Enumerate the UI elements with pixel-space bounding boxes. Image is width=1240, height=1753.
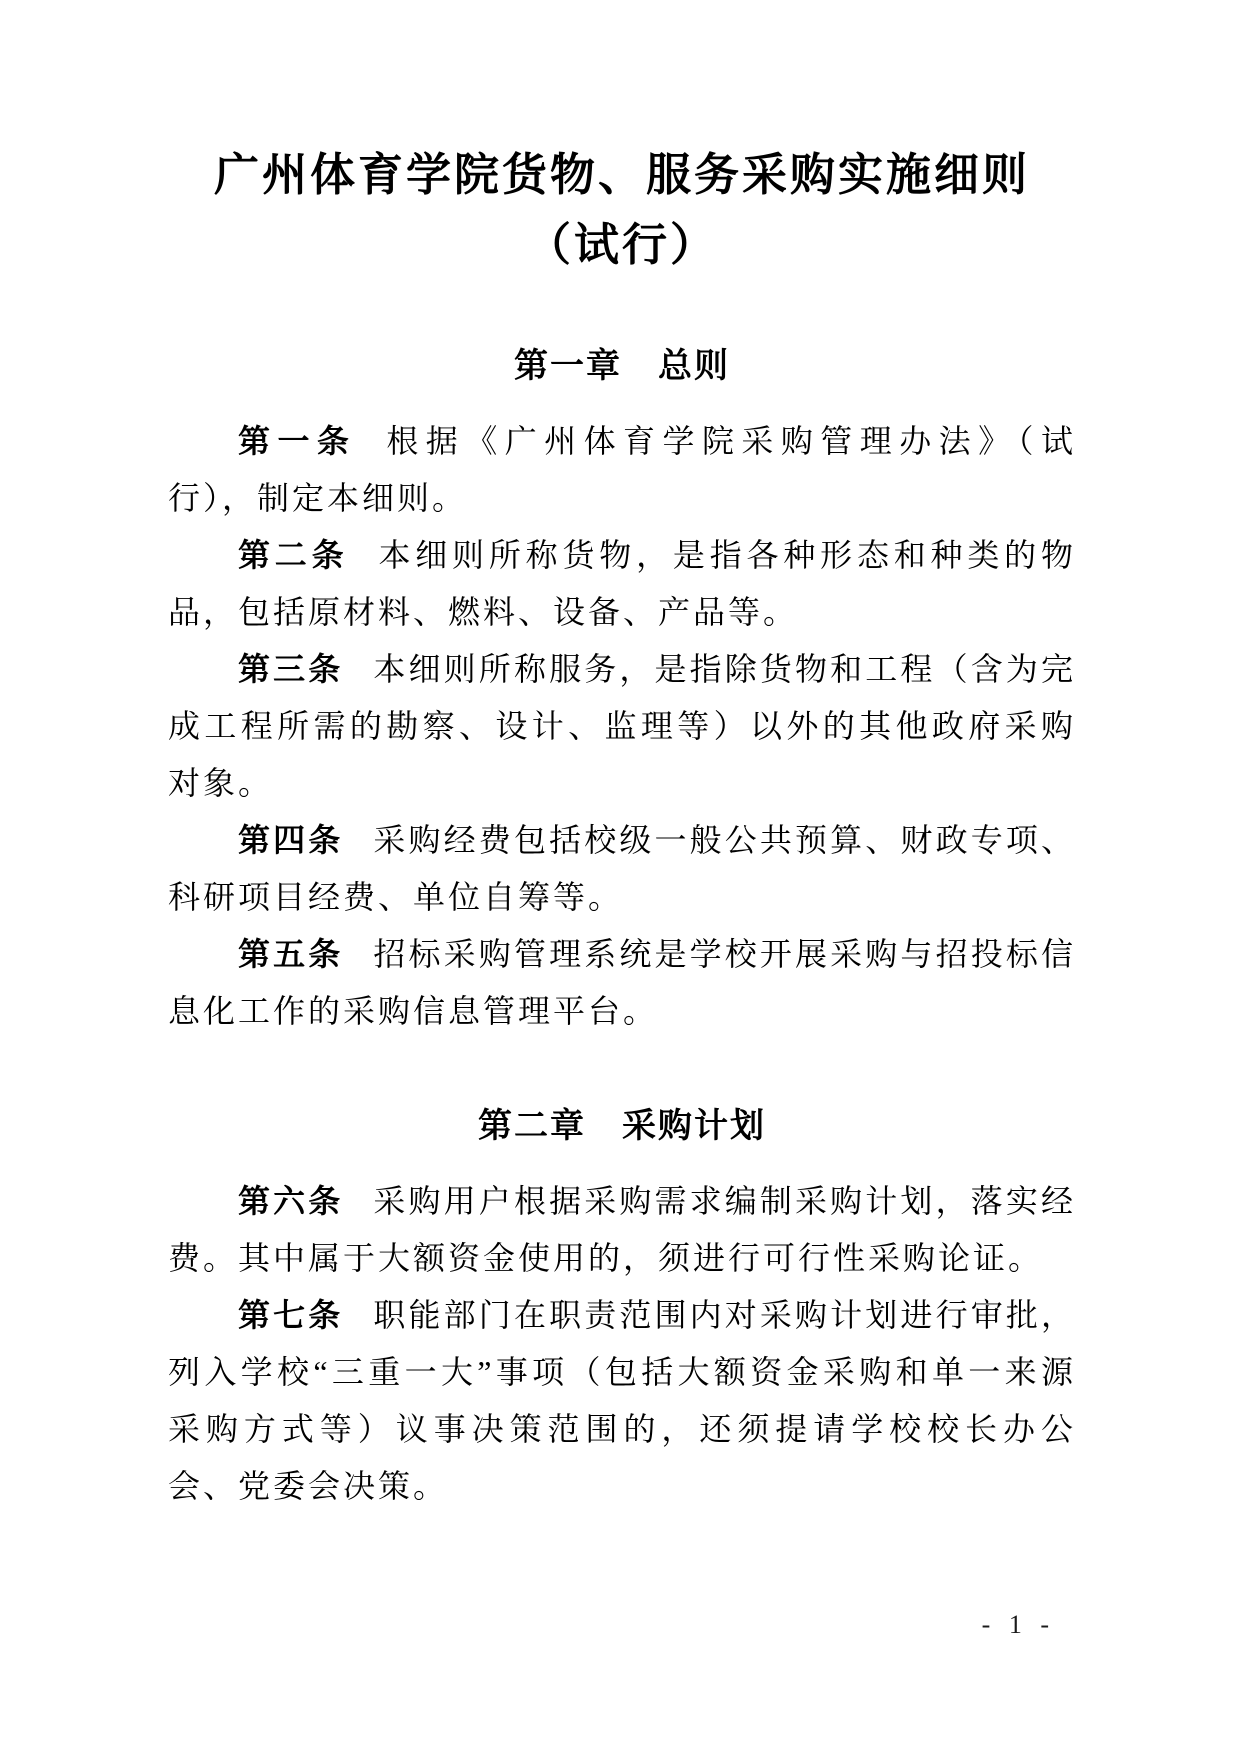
- article-5: 第五条招标采购管理系统是学校开展采购与招投标信息化工作的采购信息管理平台。: [168, 926, 1076, 1040]
- page-number: - 1 -: [982, 1610, 1055, 1640]
- document-title-line1: 广州体育学院货物、服务采购实施细则: [168, 140, 1076, 210]
- chapter-2-heading: 第二章 采购计划: [168, 1106, 1076, 1147]
- article-1-label: 第一条: [238, 423, 356, 459]
- document-page: 广州体育学院货物、服务采购实施细则 （试行） 第一章 总则 第一条根据《广州体育…: [0, 0, 1240, 1753]
- article-1: 第一条根据《广州体育学院采购管理办法》（试行），制定本细则。: [168, 413, 1076, 527]
- article-3-label: 第三条: [238, 651, 343, 687]
- article-5-label: 第五条: [238, 936, 343, 972]
- article-6: 第六条采购用户根据采购需求编制采购计划，落实经费。其中属于大额资金使用的，须进行…: [168, 1173, 1076, 1287]
- chapter-1-heading: 第一章 总则: [168, 346, 1076, 387]
- article-3: 第三条本细则所称服务，是指除货物和工程（含为完成工程所需的勘察、设计、监理等）以…: [168, 641, 1076, 812]
- article-7: 第七条职能部门在职责范围内对采购计划进行审批，列入学校“三重一大”事项（包括大额…: [168, 1287, 1076, 1515]
- article-6-label: 第六条: [238, 1183, 343, 1219]
- document-content: 广州体育学院货物、服务采购实施细则 （试行） 第一章 总则 第一条根据《广州体育…: [168, 0, 1076, 1515]
- article-2: 第二条本细则所称货物，是指各种形态和种类的物品，包括原材料、燃料、设备、产品等。: [168, 527, 1076, 641]
- article-2-label: 第二条: [238, 537, 348, 573]
- article-4: 第四条采购经费包括校级一般公共预算、财政专项、科研项目经费、单位自筹等。: [168, 812, 1076, 926]
- article-4-label: 第四条: [238, 822, 343, 858]
- article-7-label: 第七条: [238, 1297, 343, 1333]
- document-title-line2: （试行）: [168, 210, 1076, 280]
- document-title: 广州体育学院货物、服务采购实施细则 （试行）: [168, 140, 1076, 280]
